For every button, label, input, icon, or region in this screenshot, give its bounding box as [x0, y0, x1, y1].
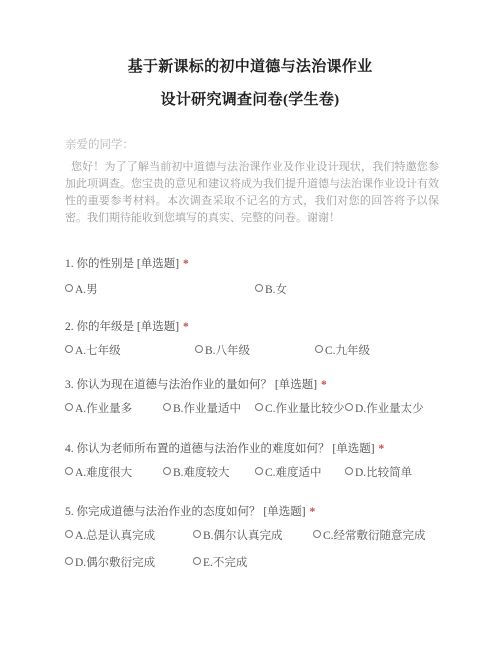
- radio-icon: [65, 467, 73, 475]
- question-5-options-row1: A.总是认真完成 B.偶尔认真完成 C.经常敷衍随意完成: [65, 527, 445, 542]
- option-label: B.作业量适中: [173, 403, 241, 415]
- radio-icon: [193, 557, 201, 565]
- question-3-label: 3. 你认为现在道德与法治作业的量如何？ [单选题]*: [65, 376, 327, 392]
- question-4-text: 4. 你认为老师所布置的道德与法治作业的难度如何？ [单选题]: [65, 443, 375, 455]
- option-label: A.男: [75, 284, 98, 296]
- radio-icon: [345, 403, 353, 411]
- radio-option-q2-b[interactable]: B.八年级: [195, 342, 250, 358]
- option-label: C.作业量比较少: [265, 403, 345, 415]
- survey-page: 基于新课标的初中道德与法治课作业 设计研究调查问卷(学生卷) 亲爱的同学： 您好…: [0, 0, 500, 647]
- radio-icon: [65, 557, 73, 565]
- radio-icon: [163, 467, 171, 475]
- required-asterisk: *: [183, 321, 189, 333]
- option-label: D.偶尔敷衍完成: [75, 557, 155, 569]
- question-1-text: 1. 你的性别是 [单选题]: [65, 258, 179, 270]
- option-label: A.难度很大: [75, 467, 132, 479]
- question-2-options: A.七年级 B.八年级 C.九年级: [65, 342, 445, 357]
- option-label: A.作业量多: [75, 403, 132, 415]
- radio-icon: [255, 284, 263, 292]
- radio-option-q1-a[interactable]: A.男: [65, 281, 98, 297]
- option-label: B.偶尔认真完成: [203, 530, 283, 542]
- radio-icon: [255, 403, 263, 411]
- option-label: E.不完成: [203, 557, 247, 569]
- option-label: A.总是认真完成: [75, 530, 155, 542]
- question-5-label: 5. 你完成道德与法治作业的态度如何？ [单选题]*: [65, 503, 315, 519]
- question-3-options: A.作业量多 B.作业量适中 C.作业量比较少 D.作业量太少: [65, 400, 445, 415]
- greeting-text: 亲爱的同学：: [65, 136, 134, 152]
- intro-paragraph: 您好！为了了解当前初中道德与法治课作业及作业设计现状，我们特邀您参加此项调查。您…: [65, 159, 439, 227]
- question-3-text: 3. 你认为现在道德与法治作业的量如何？ [单选题]: [65, 379, 317, 391]
- question-5-options-row2: D.偶尔敷衍完成 E.不完成: [65, 554, 445, 569]
- radio-option-q5-c[interactable]: C.经常敷衍随意完成: [313, 527, 426, 543]
- option-label: D.比较简单: [355, 467, 412, 479]
- question-5-text: 5. 你完成道德与法治作业的态度如何？ [单选题]: [65, 506, 306, 518]
- radio-option-q3-a[interactable]: A.作业量多: [65, 400, 132, 416]
- radio-option-q2-a[interactable]: A.七年级: [65, 342, 121, 358]
- option-label: C.九年级: [325, 345, 370, 357]
- radio-option-q1-b[interactable]: B.女: [255, 281, 287, 297]
- radio-icon: [255, 467, 263, 475]
- radio-icon: [65, 530, 73, 538]
- radio-icon: [193, 530, 201, 538]
- radio-option-q5-b[interactable]: B.偶尔认真完成: [193, 527, 283, 543]
- required-asterisk: *: [310, 506, 316, 518]
- radio-icon: [345, 467, 353, 475]
- survey-title-line1: 基于新课标的初中道德与法治课作业: [0, 55, 500, 76]
- question-1-options: A.男 B.女: [65, 281, 445, 296]
- question-2-label: 2. 你的年级是 [单选题]*: [65, 318, 189, 334]
- required-asterisk: *: [321, 379, 327, 391]
- radio-option-q3-c[interactable]: C.作业量比较少: [255, 400, 345, 416]
- radio-option-q5-e[interactable]: E.不完成: [193, 554, 247, 570]
- radio-option-q3-b[interactable]: B.作业量适中: [163, 400, 241, 416]
- radio-icon: [315, 345, 323, 353]
- radio-option-q4-a[interactable]: A.难度很大: [65, 464, 132, 480]
- radio-option-q4-c[interactable]: C.难度适中: [255, 464, 322, 480]
- radio-icon: [65, 403, 73, 411]
- question-4-label: 4. 你认为老师所布置的道德与法治作业的难度如何？ [单选题]*: [65, 440, 384, 456]
- option-label: B.女: [265, 284, 287, 296]
- radio-icon: [65, 284, 73, 292]
- option-label: C.难度适中: [265, 467, 322, 479]
- radio-icon: [195, 345, 203, 353]
- radio-icon: [313, 530, 321, 538]
- radio-option-q2-c[interactable]: C.九年级: [315, 342, 370, 358]
- question-1-label: 1. 你的性别是 [单选题]*: [65, 255, 189, 271]
- radio-option-q4-d[interactable]: D.比较简单: [345, 464, 412, 480]
- required-asterisk: *: [379, 443, 385, 455]
- radio-option-q4-b[interactable]: B.难度较大: [163, 464, 230, 480]
- option-label: B.八年级: [205, 345, 250, 357]
- question-2-text: 2. 你的年级是 [单选题]: [65, 321, 179, 333]
- radio-option-q3-d[interactable]: D.作业量太少: [345, 400, 424, 416]
- option-label: A.七年级: [75, 345, 121, 357]
- survey-title-line2: 设计研究调查问卷(学生卷): [0, 88, 500, 109]
- radio-icon: [65, 345, 73, 353]
- radio-icon: [163, 403, 171, 411]
- option-label: B.难度较大: [173, 467, 230, 479]
- option-label: D.作业量太少: [355, 403, 424, 415]
- option-label: C.经常敷衍随意完成: [323, 530, 426, 542]
- required-asterisk: *: [183, 258, 189, 270]
- question-4-options: A.难度很大 B.难度较大 C.难度适中 D.比较简单: [65, 464, 445, 479]
- radio-option-q5-a[interactable]: A.总是认真完成: [65, 527, 155, 543]
- radio-option-q5-d[interactable]: D.偶尔敷衍完成: [65, 554, 155, 570]
